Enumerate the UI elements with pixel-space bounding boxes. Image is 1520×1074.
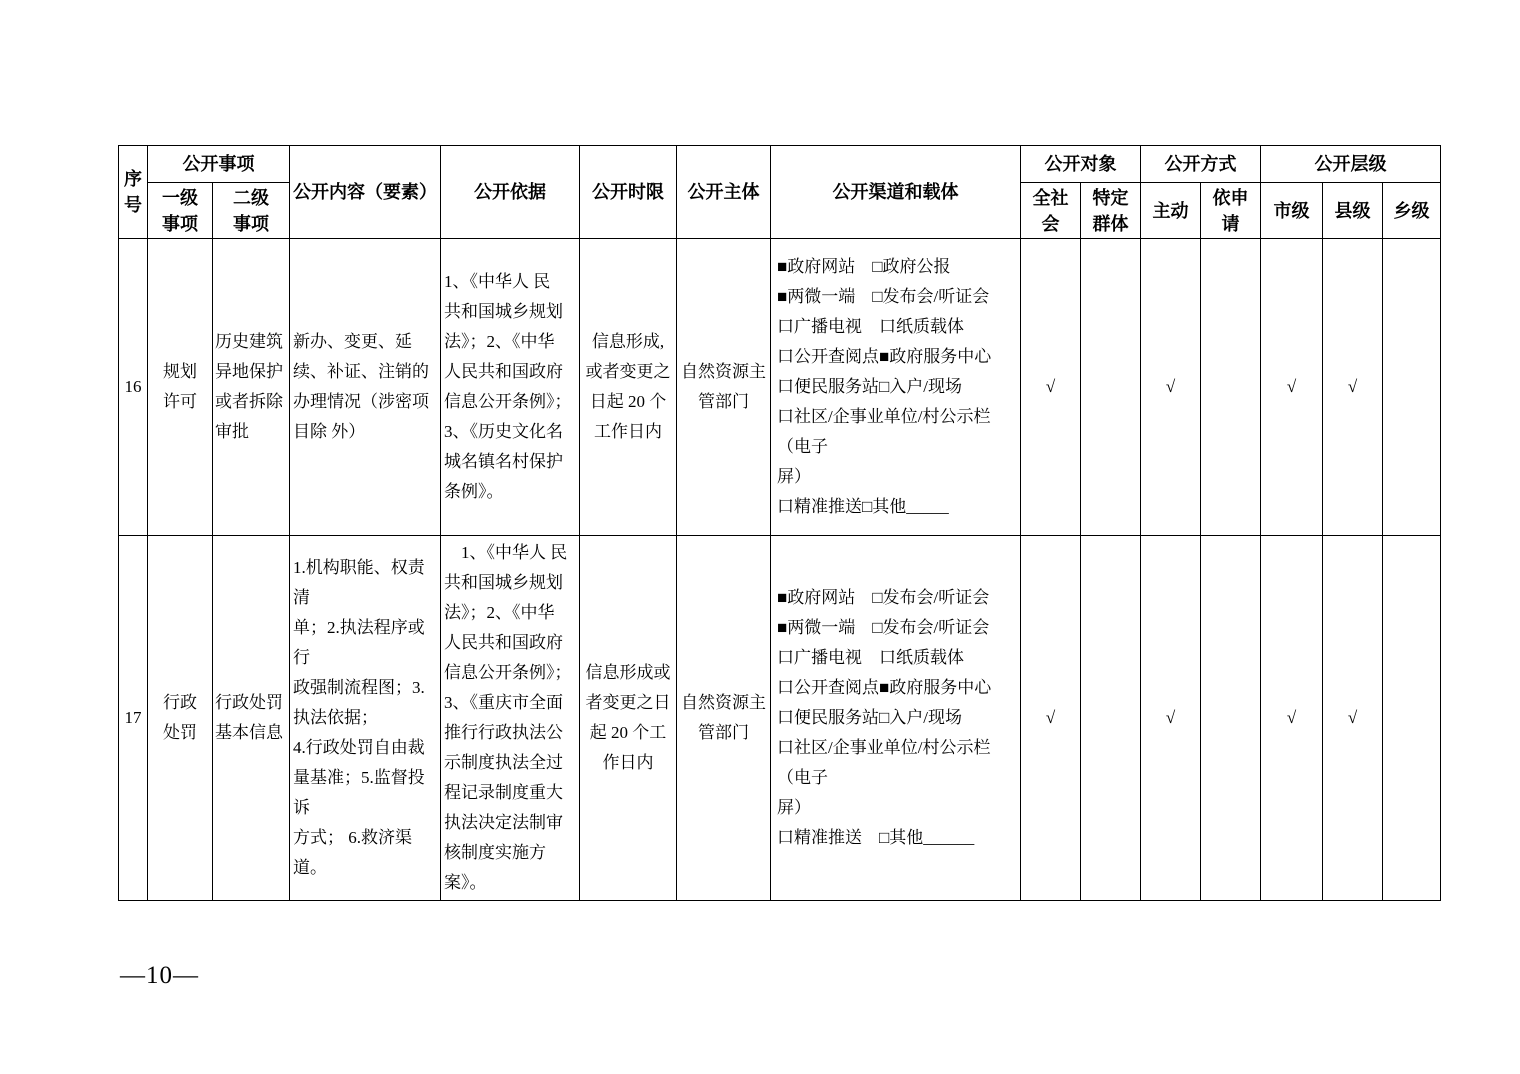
header-method-group: 公开方式 — [1141, 146, 1261, 183]
time-limit-cell: 信息形成, 或者变更之 日起 20 个 工作日内 — [580, 239, 677, 536]
header-subject: 公开主体 — [677, 146, 771, 239]
check-level-county: √ — [1323, 536, 1383, 901]
header-channels: 公开渠道和载体 — [771, 146, 1021, 239]
subject-cell: 自然资源主 管部门 — [677, 536, 771, 901]
check-audience-all: √ — [1021, 239, 1081, 536]
table-row: 16 规划 许可 历史建筑 异地保护 或者拆除 审批 新办、变更、延 续、补证、… — [119, 239, 1441, 536]
header-audience-all: 全社 会 — [1021, 183, 1081, 239]
time-limit-cell: 信息形成或 者变更之日 起 20 个工 作日内 — [580, 536, 677, 901]
basis-cell: 1、《中华人 民 共和国城乡规划 法》；2、《中华 人民共和国政府 信息公开条例… — [441, 536, 580, 901]
check-level-city: √ — [1261, 536, 1323, 901]
content-cell: 新办、变更、延 续、补证、注销的 办理情况（涉密项 目除 外） — [290, 239, 441, 536]
disclosure-table: 序 号 公开事项 公开内容（要素） 公开依据 公开时限 公开主体 公开渠道和载体… — [118, 145, 1441, 901]
check-method-active: √ — [1141, 239, 1201, 536]
check-audience-all: √ — [1021, 536, 1081, 901]
header-content: 公开内容（要素） — [290, 146, 441, 239]
level2-cell: 行政处罚 基本信息 — [213, 536, 290, 901]
level1-cell: 行政 处罚 — [148, 536, 213, 901]
subject-cell: 自然资源主 管部门 — [677, 239, 771, 536]
basis-cell: 1、《中华人 民 共和国城乡规划 法》；2、《中华 人民共和国政府 信息公开条例… — [441, 239, 580, 536]
channels-cell: ■政府网站 □政府公报 ■两微一端 □发布会/听证会 口广播电视 口纸质载体 口… — [771, 239, 1021, 536]
header-level2: 二级 事项 — [213, 183, 290, 239]
header-time-limit: 公开时限 — [580, 146, 677, 239]
check-level-township — [1383, 239, 1441, 536]
header-level-city: 市级 — [1261, 183, 1323, 239]
seq-cell: 17 — [119, 536, 148, 901]
check-method-on-request — [1201, 536, 1261, 901]
header-method-active: 主动 — [1141, 183, 1201, 239]
check-level-township — [1383, 536, 1441, 901]
header-level-county: 县级 — [1323, 183, 1383, 239]
header-level-township: 乡级 — [1383, 183, 1441, 239]
check-audience-specific — [1081, 239, 1141, 536]
document-page: 序 号 公开事项 公开内容（要素） 公开依据 公开时限 公开主体 公开渠道和载体… — [0, 0, 1520, 1074]
check-method-active: √ — [1141, 536, 1201, 901]
content-cell: 1.机构职能、权责清 单；2.执法程序或行 政强制流程图；3. 执法依据； 4.… — [290, 536, 441, 901]
header-audience-group: 公开对象 — [1021, 146, 1141, 183]
header-seq: 序 号 — [119, 146, 148, 239]
level1-cell: 规划 许可 — [148, 239, 213, 536]
header-level1: 一级 事项 — [148, 183, 213, 239]
check-level-county: √ — [1323, 239, 1383, 536]
header-method-on-request: 依申 请 — [1201, 183, 1261, 239]
header-audience-specific: 特定 群体 — [1081, 183, 1141, 239]
seq-cell: 16 — [119, 239, 148, 536]
header-level-group: 公开层级 — [1261, 146, 1441, 183]
check-level-city: √ — [1261, 239, 1323, 536]
header-item-group: 公开事项 — [148, 146, 290, 183]
channels-cell: ■政府网站 □发布会/听证会 ■两微一端 □发布会/听证会 口广播电视 口纸质载… — [771, 536, 1021, 901]
header-row-1: 序 号 公开事项 公开内容（要素） 公开依据 公开时限 公开主体 公开渠道和载体… — [119, 146, 1441, 183]
page-number: —10— — [120, 962, 199, 990]
table-row: 17 行政 处罚 行政处罚 基本信息 1.机构职能、权责清 单；2.执法程序或行… — [119, 536, 1441, 901]
header-basis: 公开依据 — [441, 146, 580, 239]
check-method-on-request — [1201, 239, 1261, 536]
level2-cell: 历史建筑 异地保护 或者拆除 审批 — [213, 239, 290, 536]
check-audience-specific — [1081, 536, 1141, 901]
